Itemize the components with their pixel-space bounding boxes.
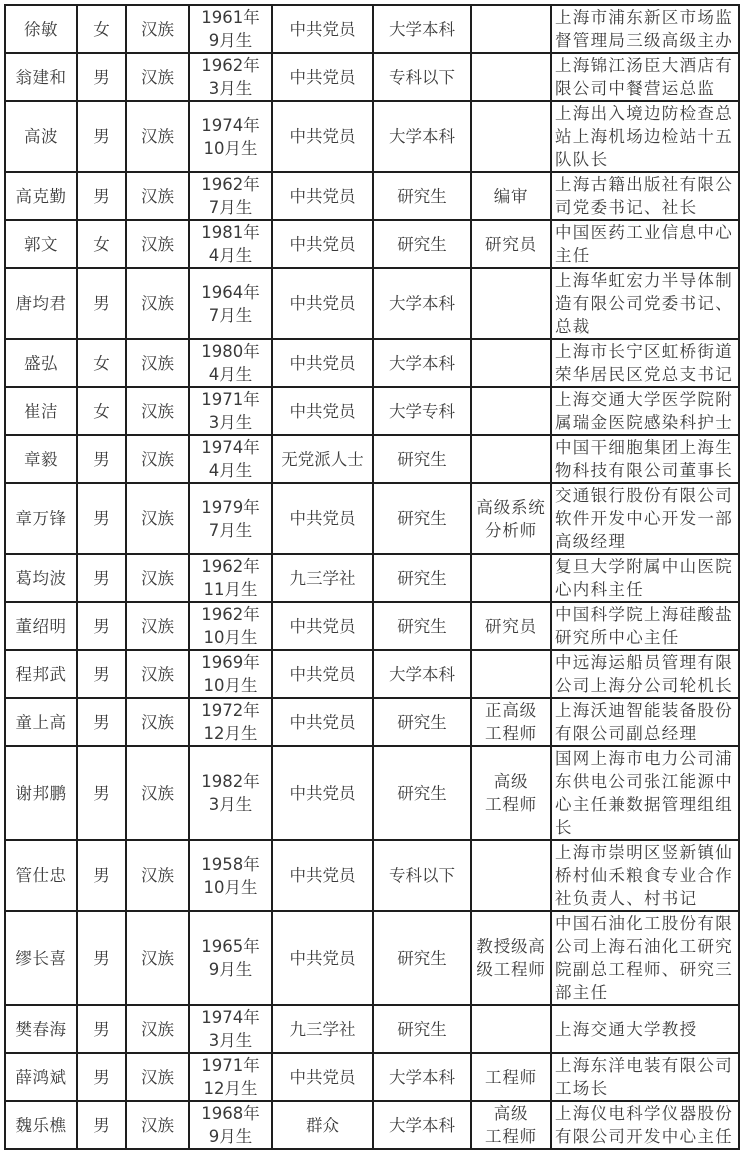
gender-cell: 男 <box>77 1101 126 1149</box>
education-cell: 研究生 <box>373 554 471 602</box>
education-cell: 研究生 <box>373 220 471 268</box>
professional-title-cell: 工程师 <box>471 1053 551 1101</box>
name-cell: 薛鸿斌 <box>5 1053 77 1101</box>
name-cell: 魏乐樵 <box>5 1101 77 1149</box>
table-row: 唐均君男汉族1964年 7月生中共党员大学本科上海华虹宏力半导体制 造有限公司党… <box>5 268 739 339</box>
table-row: 崔洁女汉族1971年 3月生中共党员大学专科上海交通大学医学院附 属瑞金医院感染… <box>5 387 739 435</box>
name-cell: 唐均君 <box>5 268 77 339</box>
ethnicity-cell: 汉族 <box>126 101 189 172</box>
ethnicity-cell: 汉族 <box>126 602 189 650</box>
position-cell: 中国科学院上海硅酸盐 研究所中心主任 <box>551 602 739 650</box>
party-affiliation-cell: 中共党员 <box>272 1053 373 1101</box>
education-cell: 大学专科 <box>373 387 471 435</box>
party-affiliation-cell: 中共党员 <box>272 101 373 172</box>
table-row: 徐敏女汉族1961年 9月生中共党员大学本科上海市浦东新区市场监 督管理局三级高… <box>5 5 739 53</box>
professional-title-cell: 高级 工程师 <box>471 746 551 840</box>
party-affiliation-cell: 中共党员 <box>272 483 373 554</box>
name-cell: 高波 <box>5 101 77 172</box>
table-row: 管仕忠男汉族1958年 10月生中共党员专科以下上海市崇明区竖新镇仙 桥村仙禾粮… <box>5 840 739 911</box>
birth-date-cell: 1971年 12月生 <box>189 1053 272 1101</box>
roster-body: 徐敏女汉族1961年 9月生中共党员大学本科上海市浦东新区市场监 督管理局三级高… <box>5 5 739 1149</box>
education-cell: 研究生 <box>373 483 471 554</box>
ethnicity-cell: 汉族 <box>126 746 189 840</box>
professional-title-cell: 教授级高 级工程师 <box>471 911 551 1005</box>
table-row: 童上高男汉族1972年 12月生中共党员研究生正高级 工程师上海沃迪智能装备股份… <box>5 698 739 746</box>
name-cell: 程邦武 <box>5 650 77 698</box>
name-cell: 管仕忠 <box>5 840 77 911</box>
education-cell: 大学本科 <box>373 101 471 172</box>
birth-date-cell: 1958年 10月生 <box>189 840 272 911</box>
party-affiliation-cell: 中共党员 <box>272 53 373 101</box>
table-row: 郭文女汉族1981年 4月生中共党员研究生研究员中国医药工业信息中心 主任 <box>5 220 739 268</box>
position-cell: 中国石油化工股份有限 公司上海石油化工研究 院副总工程师、研究三 部主任 <box>551 911 739 1005</box>
party-affiliation-cell: 群众 <box>272 1101 373 1149</box>
party-affiliation-cell: 中共党员 <box>272 387 373 435</box>
professional-title-cell <box>471 840 551 911</box>
gender-cell: 女 <box>77 220 126 268</box>
party-affiliation-cell: 中共党员 <box>272 220 373 268</box>
birth-date-cell: 1982年 3月生 <box>189 746 272 840</box>
name-cell: 葛均波 <box>5 554 77 602</box>
education-cell: 专科以下 <box>373 840 471 911</box>
gender-cell: 男 <box>77 746 126 840</box>
name-cell: 郭文 <box>5 220 77 268</box>
table-row: 章万锋男汉族1979年 7月生中共党员研究生高级系统 分析师交通银行股份有限公司… <box>5 483 739 554</box>
birth-date-cell: 1979年 7月生 <box>189 483 272 554</box>
position-cell: 上海仪电科学仪器股份 有限公司开发中心主任 <box>551 1101 739 1149</box>
education-cell: 研究生 <box>373 1005 471 1053</box>
ethnicity-cell: 汉族 <box>126 698 189 746</box>
table-row: 盛弘女汉族1980年 4月生中共党员大学本科上海市长宁区虹桥街道 荣华居民区党总… <box>5 339 739 387</box>
name-cell: 盛弘 <box>5 339 77 387</box>
education-cell: 研究生 <box>373 698 471 746</box>
birth-date-cell: 1974年 3月生 <box>189 1005 272 1053</box>
birth-date-cell: 1980年 4月生 <box>189 339 272 387</box>
birth-date-cell: 1972年 12月生 <box>189 698 272 746</box>
name-cell: 高克勤 <box>5 172 77 220</box>
gender-cell: 男 <box>77 53 126 101</box>
position-cell: 复旦大学附属中山医院 心内科主任 <box>551 554 739 602</box>
position-cell: 上海沃迪智能装备股份 有限公司副总经理 <box>551 698 739 746</box>
party-affiliation-cell: 中共党员 <box>272 746 373 840</box>
position-cell: 上海古籍出版社有限公 司党委书记、社长 <box>551 172 739 220</box>
birth-date-cell: 1974年 4月生 <box>189 435 272 483</box>
ethnicity-cell: 汉族 <box>126 554 189 602</box>
position-cell: 上海东洋电装有限公司 工场长 <box>551 1053 739 1101</box>
ethnicity-cell: 汉族 <box>126 268 189 339</box>
party-affiliation-cell: 中共党员 <box>272 602 373 650</box>
gender-cell: 男 <box>77 840 126 911</box>
party-affiliation-cell: 中共党员 <box>272 840 373 911</box>
gender-cell: 男 <box>77 268 126 339</box>
professional-title-cell <box>471 1005 551 1053</box>
position-cell: 中国医药工业信息中心 主任 <box>551 220 739 268</box>
birth-date-cell: 1962年 11月生 <box>189 554 272 602</box>
table-row: 董绍明男汉族1962年 10月生中共党员研究生研究员中国科学院上海硅酸盐 研究所… <box>5 602 739 650</box>
education-cell: 大学本科 <box>373 1101 471 1149</box>
party-affiliation-cell: 中共党员 <box>272 172 373 220</box>
party-affiliation-cell: 九三学社 <box>272 554 373 602</box>
table-row: 缪长喜男汉族1965年 9月生中共党员研究生教授级高 级工程师中国石油化工股份有… <box>5 911 739 1005</box>
ethnicity-cell: 汉族 <box>126 1053 189 1101</box>
professional-title-cell: 编审 <box>471 172 551 220</box>
name-cell: 章毅 <box>5 435 77 483</box>
table-row: 程邦武男汉族1969年 10月生中共党员大学本科中远海运船员管理有限 公司上海分… <box>5 650 739 698</box>
ethnicity-cell: 汉族 <box>126 650 189 698</box>
professional-title-cell <box>471 5 551 53</box>
professional-title-cell: 研究员 <box>471 602 551 650</box>
name-cell: 童上高 <box>5 698 77 746</box>
birth-date-cell: 1971年 3月生 <box>189 387 272 435</box>
name-cell: 谢邦鹏 <box>5 746 77 840</box>
gender-cell: 男 <box>77 554 126 602</box>
gender-cell: 男 <box>77 1053 126 1101</box>
education-cell: 大学本科 <box>373 5 471 53</box>
ethnicity-cell: 汉族 <box>126 1005 189 1053</box>
ethnicity-cell: 汉族 <box>126 911 189 1005</box>
party-affiliation-cell: 中共党员 <box>272 911 373 1005</box>
table-row: 樊春海男汉族1974年 3月生九三学社研究生上海交通大学教授 <box>5 1005 739 1053</box>
position-cell: 中国干细胞集团上海生 物科技有限公司董事长 <box>551 435 739 483</box>
position-cell: 上海交通大学教授 <box>551 1005 739 1053</box>
gender-cell: 男 <box>77 172 126 220</box>
education-cell: 专科以下 <box>373 53 471 101</box>
gender-cell: 男 <box>77 602 126 650</box>
table-row: 高克勤男汉族1962年 7月生中共党员研究生编审上海古籍出版社有限公 司党委书记… <box>5 172 739 220</box>
position-cell: 上海市崇明区竖新镇仙 桥村仙禾粮食专业合作 社负责人、村书记 <box>551 840 739 911</box>
professional-title-cell <box>471 268 551 339</box>
name-cell: 樊春海 <box>5 1005 77 1053</box>
ethnicity-cell: 汉族 <box>126 339 189 387</box>
education-cell: 研究生 <box>373 746 471 840</box>
name-cell: 翁建和 <box>5 53 77 101</box>
birth-date-cell: 1962年 3月生 <box>189 53 272 101</box>
name-cell: 章万锋 <box>5 483 77 554</box>
professional-title-cell: 正高级 工程师 <box>471 698 551 746</box>
education-cell: 研究生 <box>373 435 471 483</box>
professional-title-cell <box>471 339 551 387</box>
name-cell: 徐敏 <box>5 5 77 53</box>
gender-cell: 女 <box>77 387 126 435</box>
table-row: 谢邦鹏男汉族1982年 3月生中共党员研究生高级 工程师国网上海市电力公司浦 东… <box>5 746 739 840</box>
party-affiliation-cell: 中共党员 <box>272 339 373 387</box>
education-cell: 大学本科 <box>373 339 471 387</box>
table-row: 章毅男汉族1974年 4月生无党派人士研究生中国干细胞集团上海生 物科技有限公司… <box>5 435 739 483</box>
gender-cell: 男 <box>77 483 126 554</box>
position-cell: 上海市浦东新区市场监 督管理局三级高级主办 <box>551 5 739 53</box>
table-row: 翁建和男汉族1962年 3月生中共党员专科以下上海锦江汤臣大酒店有 限公司中餐营… <box>5 53 739 101</box>
position-cell: 上海市长宁区虹桥街道 荣华居民区党总支书记 <box>551 339 739 387</box>
birth-date-cell: 1968年 9月生 <box>189 1101 272 1149</box>
education-cell: 研究生 <box>373 911 471 1005</box>
birth-date-cell: 1981年 4月生 <box>189 220 272 268</box>
professional-title-cell <box>471 387 551 435</box>
professional-title-cell: 高级 工程师 <box>471 1101 551 1149</box>
party-affiliation-cell: 无党派人士 <box>272 435 373 483</box>
education-cell: 研究生 <box>373 172 471 220</box>
table-row: 薛鸿斌男汉族1971年 12月生中共党员大学本科工程师上海东洋电装有限公司 工场… <box>5 1053 739 1101</box>
professional-title-cell <box>471 554 551 602</box>
education-cell: 大学本科 <box>373 650 471 698</box>
ethnicity-cell: 汉族 <box>126 53 189 101</box>
gender-cell: 男 <box>77 101 126 172</box>
ethnicity-cell: 汉族 <box>126 387 189 435</box>
ethnicity-cell: 汉族 <box>126 840 189 911</box>
professional-title-cell <box>471 101 551 172</box>
position-cell: 上海华虹宏力半导体制 造有限公司党委书记、 总裁 <box>551 268 739 339</box>
name-cell: 崔洁 <box>5 387 77 435</box>
professional-title-cell <box>471 650 551 698</box>
party-affiliation-cell: 中共党员 <box>272 5 373 53</box>
professional-title-cell: 高级系统 分析师 <box>471 483 551 554</box>
gender-cell: 男 <box>77 698 126 746</box>
gender-cell: 女 <box>77 5 126 53</box>
position-cell: 国网上海市电力公司浦 东供电公司张江能源中 心主任兼数据管理组组 长 <box>551 746 739 840</box>
professional-title-cell <box>471 435 551 483</box>
gender-cell: 女 <box>77 339 126 387</box>
ethnicity-cell: 汉族 <box>126 172 189 220</box>
position-cell: 上海交通大学医学院附 属瑞金医院感染科护士 <box>551 387 739 435</box>
birth-date-cell: 1974年 10月生 <box>189 101 272 172</box>
roster-table: 徐敏女汉族1961年 9月生中共党员大学本科上海市浦东新区市场监 督管理局三级高… <box>4 4 740 1150</box>
birth-date-cell: 1961年 9月生 <box>189 5 272 53</box>
name-cell: 董绍明 <box>5 602 77 650</box>
professional-title-cell <box>471 53 551 101</box>
birth-date-cell: 1964年 7月生 <box>189 268 272 339</box>
birth-date-cell: 1962年 10月生 <box>189 602 272 650</box>
ethnicity-cell: 汉族 <box>126 1101 189 1149</box>
position-cell: 上海出入境边防检查总 站上海机场边检站十五 队队长 <box>551 101 739 172</box>
birth-date-cell: 1969年 10月生 <box>189 650 272 698</box>
table-row: 魏乐樵男汉族1968年 9月生群众大学本科高级 工程师上海仪电科学仪器股份 有限… <box>5 1101 739 1149</box>
education-cell: 研究生 <box>373 602 471 650</box>
party-affiliation-cell: 中共党员 <box>272 650 373 698</box>
position-cell: 交通银行股份有限公司 软件开发中心开发一部 高级经理 <box>551 483 739 554</box>
name-cell: 缪长喜 <box>5 911 77 1005</box>
party-affiliation-cell: 九三学社 <box>272 1005 373 1053</box>
party-affiliation-cell: 中共党员 <box>272 268 373 339</box>
education-cell: 大学本科 <box>373 1053 471 1101</box>
ethnicity-cell: 汉族 <box>126 5 189 53</box>
party-affiliation-cell: 中共党员 <box>272 698 373 746</box>
birth-date-cell: 1962年 7月生 <box>189 172 272 220</box>
gender-cell: 男 <box>77 650 126 698</box>
gender-cell: 男 <box>77 435 126 483</box>
table-row: 高波男汉族1974年 10月生中共党员大学本科上海出入境边防检查总 站上海机场边… <box>5 101 739 172</box>
ethnicity-cell: 汉族 <box>126 220 189 268</box>
gender-cell: 男 <box>77 911 126 1005</box>
table-row: 葛均波男汉族1962年 11月生九三学社研究生复旦大学附属中山医院 心内科主任 <box>5 554 739 602</box>
ethnicity-cell: 汉族 <box>126 435 189 483</box>
ethnicity-cell: 汉族 <box>126 483 189 554</box>
gender-cell: 男 <box>77 1005 126 1053</box>
position-cell: 上海锦江汤臣大酒店有 限公司中餐营运总监 <box>551 53 739 101</box>
professional-title-cell: 研究员 <box>471 220 551 268</box>
education-cell: 大学本科 <box>373 268 471 339</box>
birth-date-cell: 1965年 9月生 <box>189 911 272 1005</box>
position-cell: 中远海运船员管理有限 公司上海分公司轮机长 <box>551 650 739 698</box>
